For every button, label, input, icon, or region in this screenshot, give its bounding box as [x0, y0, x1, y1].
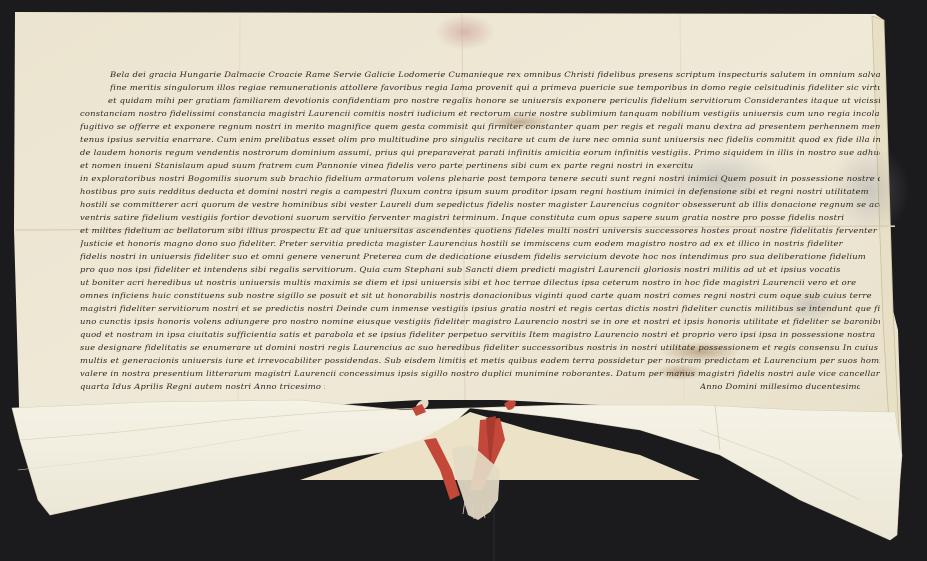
- text-line: hostibus pro suis redditus deducta et do…: [80, 186, 880, 198]
- text-line: quod et nostram in ipsa ciuitatis suffic…: [80, 329, 880, 341]
- text-line: de laudem honoris regum vendentis nostro…: [80, 147, 880, 159]
- text-line: uno cunctis ipsis honoris volens adiunge…: [80, 316, 880, 328]
- text-line: tenus ipsius servitia enarrare. Cum enim…: [80, 134, 880, 146]
- text-line: magistri fideliter servitiorum nostri et…: [80, 303, 880, 315]
- text-line: fidelis nostri in uniuersis fideliter su…: [80, 251, 880, 263]
- text-line: Bela dei gracia Hungarie Dalmacie Croaci…: [110, 69, 880, 81]
- text-line: et milites fidelium ac bellatorum sibi i…: [80, 225, 880, 237]
- text-line: fine meritis singulorum illos regiae rem…: [110, 82, 880, 94]
- text-line: hostili se committerer acri quorum de ve…: [80, 199, 880, 211]
- text-line: omnes inficiens huic constituens sub nos…: [80, 290, 880, 302]
- text-line: fugitivo se offerre et exponere regnum n…: [80, 121, 880, 133]
- text-line: Anno Domini millesimo ducentesimo sexage…: [700, 381, 860, 393]
- text-line: constanciam nostro fidelissimi constanci…: [80, 108, 880, 120]
- charter-photograph: Bela dei gracia Hungarie Dalmacie Croaci…: [0, 0, 927, 561]
- text-line: et nomen inueni Stanislaum apud suum fra…: [80, 160, 880, 172]
- text-line: multis et generacionis uniuersis iure et…: [80, 355, 880, 367]
- text-line: quarta Idus Aprilis Regni autem nostri A…: [80, 381, 325, 393]
- pink-stain: [435, 14, 495, 50]
- text-line: et quidam mihi per gratiam familiarem de…: [108, 95, 880, 107]
- text-line: in exploratoribus nostri Bogomilis suoru…: [80, 173, 880, 185]
- text-line: pro quo nos ipsi fideliter et intendens …: [80, 264, 880, 276]
- text-line: sue designare fidelitatis se enumerare u…: [80, 342, 880, 354]
- text-line: ventris satire fidelium vestigiis fortio…: [80, 212, 880, 224]
- text-line: valere in nostra presentium litterarum m…: [80, 368, 880, 380]
- text-line: Justicie et honoris magno dono suo fidel…: [80, 238, 880, 250]
- text-line: ut boniter acri heredibus ut nostris uni…: [80, 277, 880, 289]
